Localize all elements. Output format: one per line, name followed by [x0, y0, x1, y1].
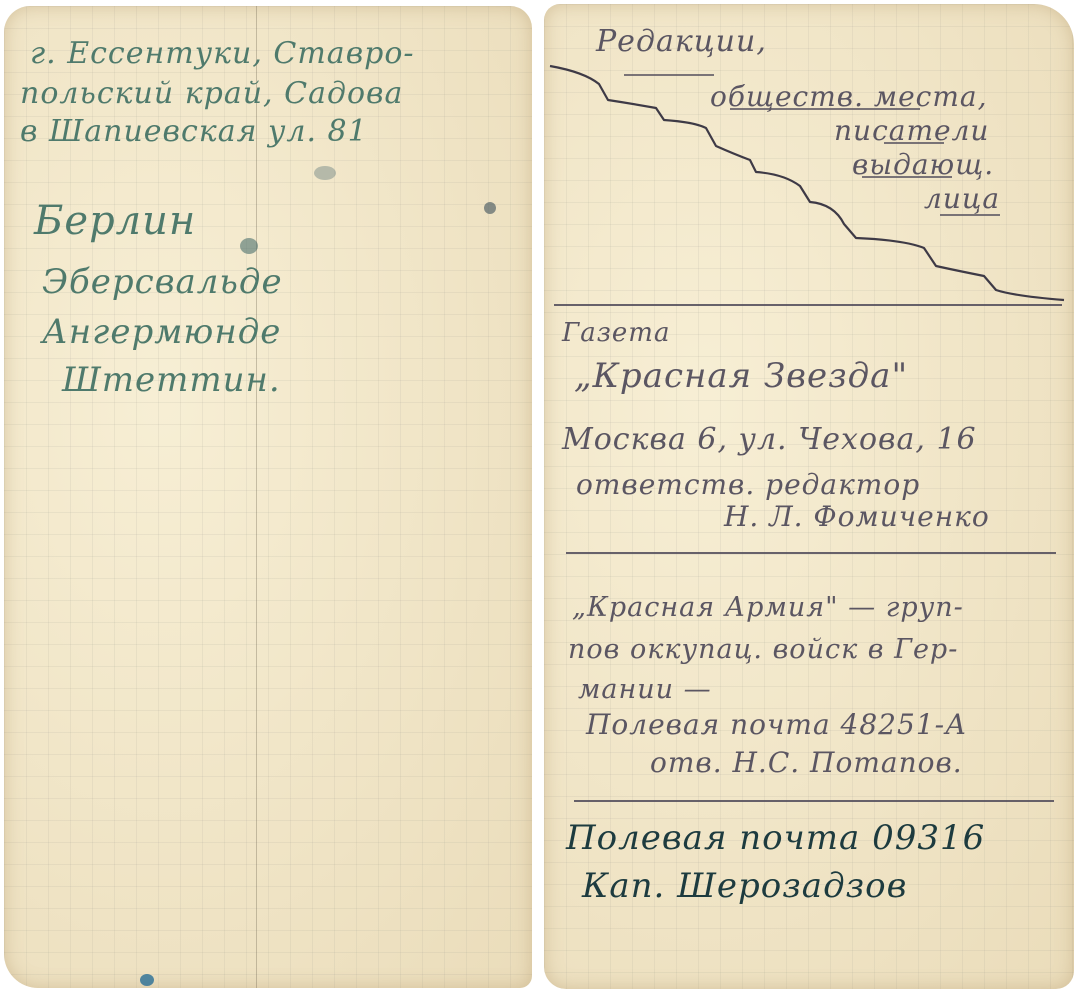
ink-blot: [314, 166, 336, 180]
ka-line-5: отв. Н.С. Потапов.: [650, 746, 963, 779]
kz-line-5: Н. Л. Фомиченко: [724, 500, 990, 533]
kz-line-2: „Красная Звезда": [574, 356, 908, 396]
ka-line-3: мании —: [578, 674, 712, 705]
city-stettin: Штеттин.: [62, 360, 281, 400]
address-line-1: г. Ессентуки, Ставро-: [30, 36, 415, 71]
kz-line-4: ответств. редактор: [576, 468, 920, 501]
fp-line-1: Полевая почта 09316: [566, 818, 985, 858]
city-berlin: Берлин: [34, 198, 196, 244]
ink-blot: [484, 202, 496, 214]
kz-line-1: Газета: [562, 318, 670, 348]
ka-line-1: „Красная Армия" — груп-: [572, 592, 964, 623]
section-divider: [566, 552, 1056, 554]
address-line-3: в Шапиевская ул. 81: [20, 114, 368, 149]
section-divider: [554, 304, 1062, 306]
ka-line-2: пов оккупац. войск в Гер-: [568, 634, 958, 665]
address-line-2: польский край, Садова: [20, 76, 403, 111]
left-notebook-page: г. Ессентуки, Ставро- польский край, Сад…: [4, 6, 532, 988]
city-eberswalde: Эберсвальде: [42, 262, 283, 302]
city-angermuende: Ангермюнде: [42, 312, 281, 352]
section-divider: [574, 800, 1054, 802]
ka-line-4: Полевая почта 48251-А: [586, 708, 967, 741]
kz-line-3: Москва 6, ул. Чехова, 16: [562, 422, 977, 457]
blue-ink-spot: [140, 974, 154, 986]
fp-line-2: Кап. Шерозадзов: [582, 866, 907, 906]
page-fold-line: [256, 6, 257, 988]
right-notebook-page: Редакции, обществ. места, писатели выдаю…: [544, 4, 1074, 989]
wavy-divider-drawing: [544, 4, 1074, 314]
ink-blot: [240, 238, 258, 254]
